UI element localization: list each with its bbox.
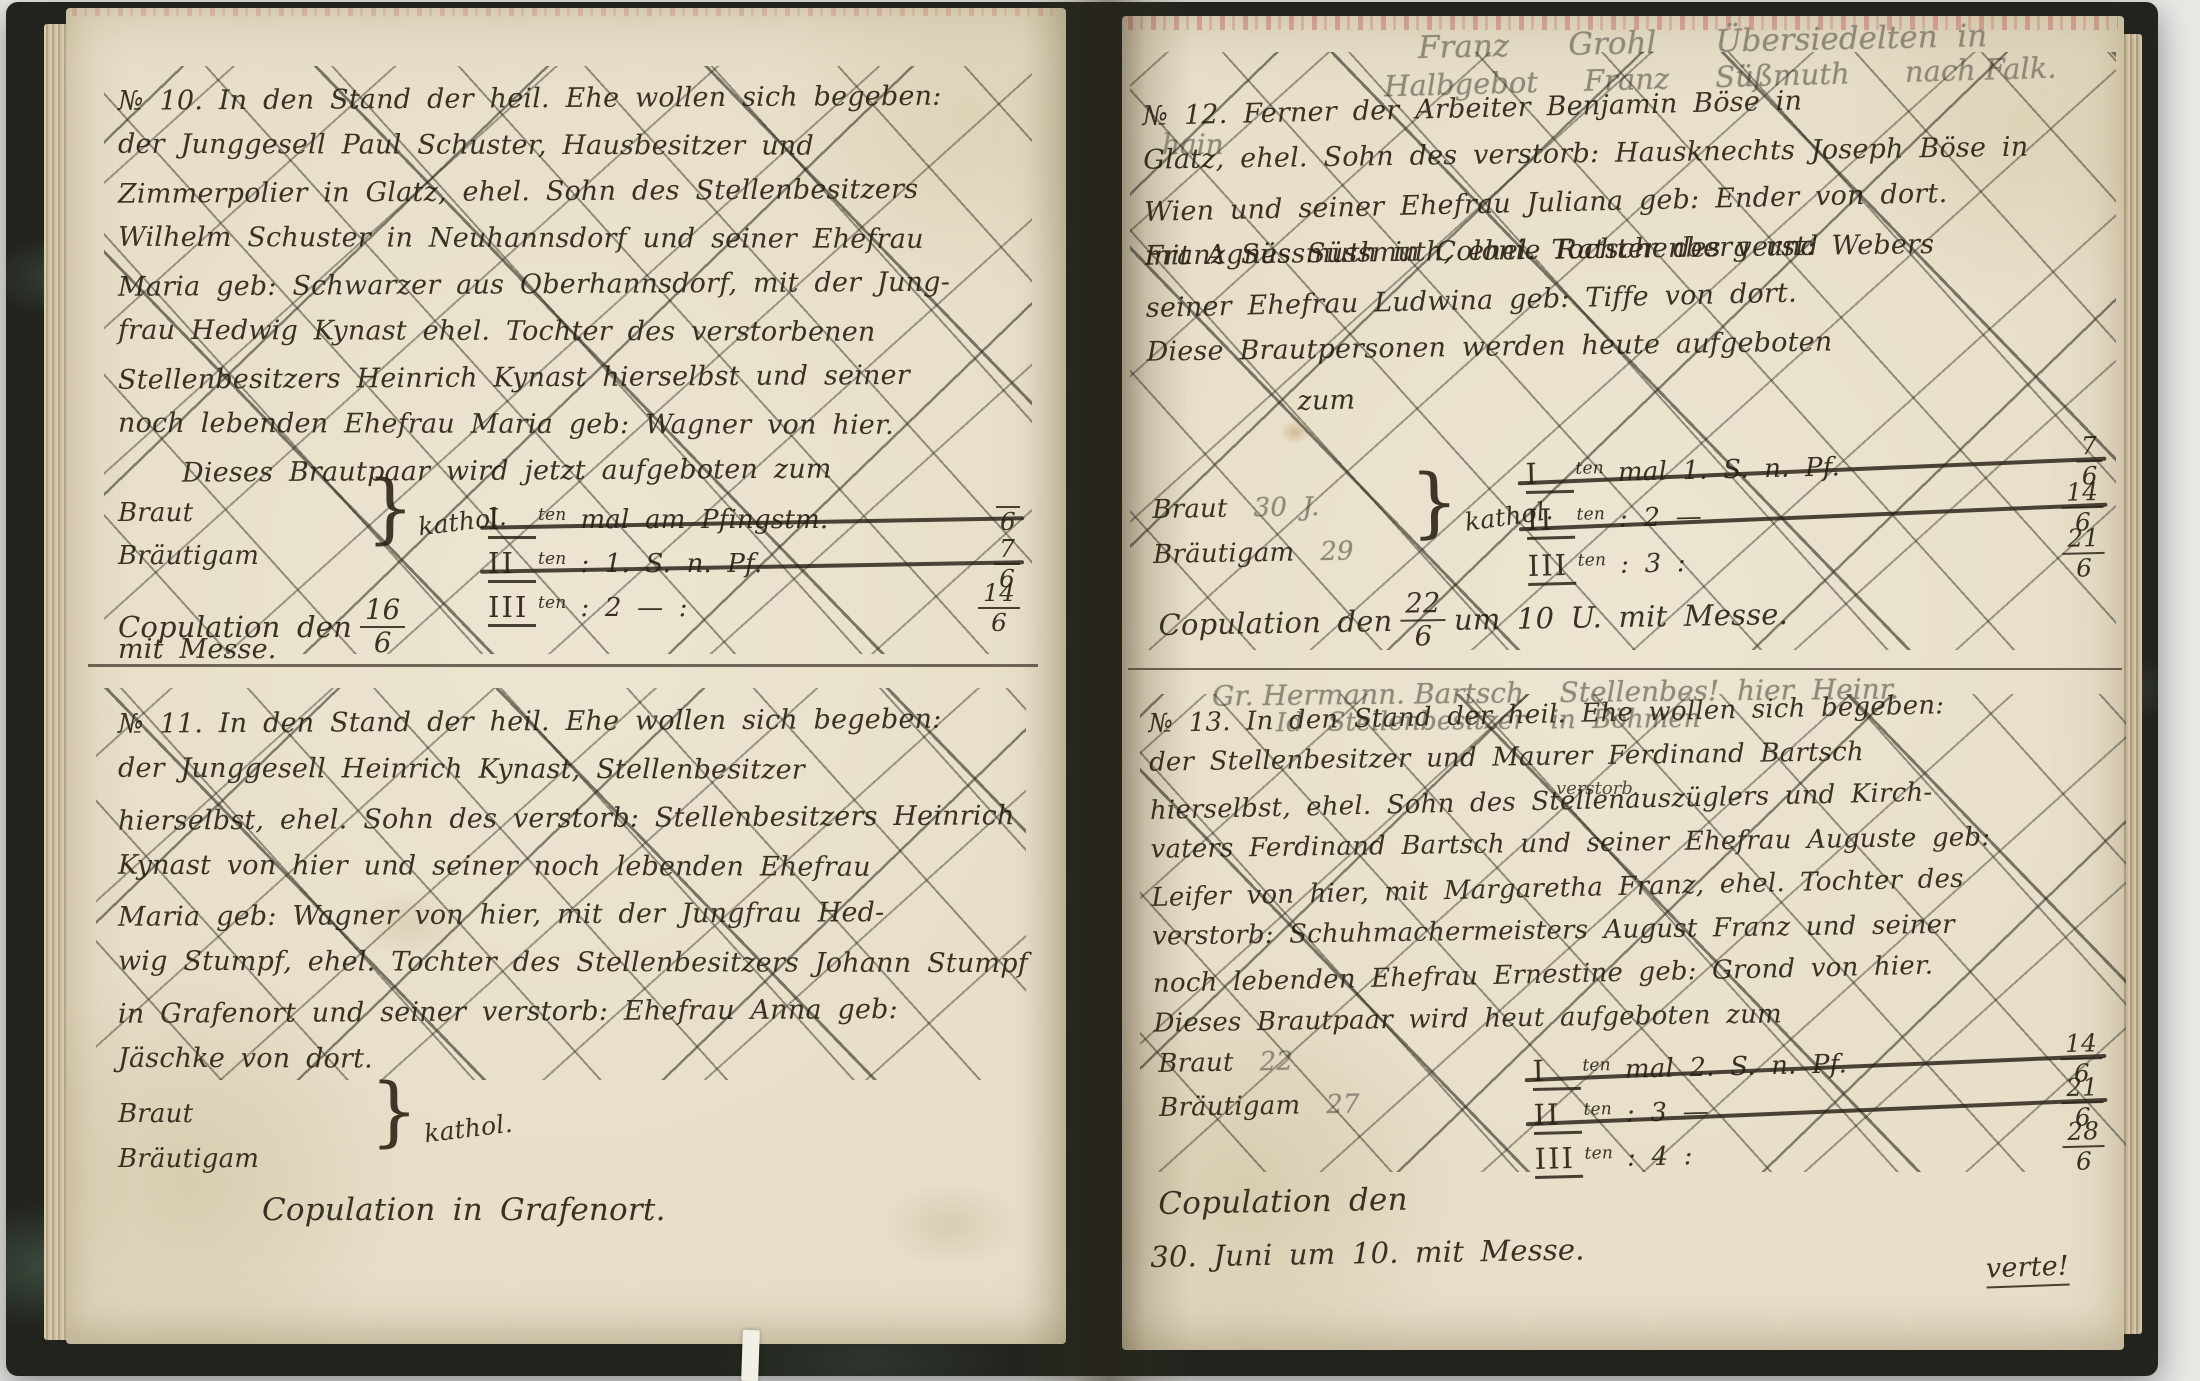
couple-brace: }	[366, 486, 415, 529]
entry-13-copulation: Copulation den	[1158, 1182, 1408, 1222]
date-fraction: 6	[996, 505, 1020, 535]
copulation-text: mit Messe.	[118, 634, 277, 665]
ordinal-suffix: ten	[1576, 504, 1605, 525]
banns-roman-numeral: II	[1526, 501, 1575, 539]
banns-row-text: : 2 — :	[580, 593, 970, 623]
groom-age-pencil: 29	[1320, 536, 1354, 567]
copulation-text: Copulation den	[1158, 1182, 1408, 1222]
fraction-month: 6	[1414, 621, 1432, 651]
manuscript-line: Jäschke von dort.	[118, 1035, 1030, 1086]
date-fraction: 286	[2062, 1118, 2105, 1175]
date-fraction: 226	[1400, 589, 1447, 652]
banns-roman-numeral: III	[488, 590, 536, 627]
banns-row-2: IIten : 1. S. n. Pf. 76	[488, 542, 1028, 586]
entry-10-copulation-line2: mit Messe.	[118, 634, 277, 665]
fraction-day: 14	[2060, 1030, 2103, 1060]
manuscript-line: № 11. In den Stand der heil. Ehe wollen …	[118, 695, 1030, 749]
ordinal-suffix: ten	[1575, 458, 1604, 479]
groom-age-pencil: 27	[1326, 1089, 1360, 1120]
fraction-day: 14	[978, 580, 1020, 609]
fraction-month: 6	[991, 609, 1007, 636]
entry-11-couple-block: Braut Bräutigam } kathol.	[118, 1092, 538, 1182]
entry-10-text: № 10. In den Stand der heil. Ehe wollen …	[118, 76, 1026, 495]
bookmark-thread	[741, 1330, 760, 1381]
banns-row-text: : 1. S. n. Pf.	[580, 549, 986, 579]
banns-roman-numeral: II	[488, 546, 536, 583]
banns-row-text: : 3 —	[1626, 1088, 2054, 1128]
banns-row-text: : 2 —	[1619, 493, 2054, 534]
fraction-month: 6	[1000, 508, 1016, 535]
manuscript-line: in Grafenort und seiner verstorb: Ehefra…	[118, 985, 1030, 1039]
manuscript-line: Wilhelm Schuster in Neuhannsdorf und sei…	[118, 214, 1026, 263]
entry-divider-right-page	[1128, 668, 2122, 670]
manuscript-line: frau Hedwig Kynast ehel. Tochter des ver…	[118, 307, 1026, 356]
fraction-day: 28	[2062, 1118, 2105, 1148]
fraction-day: 21	[2062, 525, 2105, 555]
manuscript-line: wig Stumpf, ehel. Tochter des Stellenbes…	[118, 938, 1030, 989]
banns-roman-numeral: I	[1525, 455, 1574, 493]
fraction-day: 14	[2061, 479, 2104, 509]
entry-13-banns-table: Iten mal 2. S. n. Pf. 146 IIten : 3 — 21…	[1532, 1036, 2113, 1182]
copulation-text: Copulation den	[1158, 604, 1393, 642]
banns-roman-numeral: II	[1533, 1096, 1582, 1134]
fraction-day: 7	[994, 536, 1020, 565]
banns-roman-numeral: III	[1534, 1140, 1583, 1178]
entry-10-banns-table: Iten mal am Pfingstm. 6 IIten : 1. S. n.…	[488, 498, 1028, 630]
entry-12-banns-table: Iten mal 1. S. n. Pf. 76 IIten : 2 — 146…	[1525, 438, 2113, 590]
manuscript-line: Maria geb: Schwarzer aus Oberhannsdorf, …	[118, 259, 1026, 311]
fraction-month: 6	[374, 628, 392, 658]
entry-13-text: № 13. In den Stand der heil. Ehe wollen …	[1148, 683, 2142, 1047]
banns-row-1: Iten mal am Pfingstm. 6	[488, 498, 1028, 542]
manuscript-line: Zimmerpolier in Glatz, ehel. Sohn des St…	[118, 166, 1026, 218]
copulation-text: Copulation in Grafenort.	[262, 1192, 666, 1228]
ordinal-suffix: ten	[1583, 1099, 1612, 1120]
couple-brace: }	[370, 1088, 419, 1133]
entry-11-copulation: Copulation in Grafenort.	[262, 1192, 666, 1228]
banns-row-text: mal 1. S. n. Pf.	[1618, 447, 2069, 488]
ordinal-suffix: ten	[538, 593, 566, 613]
ordinal-suffix: ten	[1584, 1143, 1613, 1164]
photographed-register-spread: № 10. In den Stand der heil. Ehe wollen …	[0, 0, 2200, 1381]
manuscript-line: Maria geb: Wagner von hier, mit der Jung…	[118, 888, 1030, 942]
banns-row-text: mal 2. S. n. Pf.	[1625, 1044, 2053, 1084]
banns-roman-numeral: I	[1532, 1052, 1581, 1090]
ordinal-suffix: ten	[538, 505, 566, 525]
interlinear-insertion: verstorb.	[1556, 778, 1639, 799]
banns-row-text: mal am Pfingstm.	[580, 505, 988, 535]
manuscript-line: der Junggesell Paul Schuster, Hausbesitz…	[118, 121, 1026, 170]
date-fraction: 216	[2062, 525, 2105, 582]
manuscript-line: Dieses Brautpaar wird jetzt aufgeboten z…	[182, 445, 1026, 497]
ordinal-suffix: ten	[1577, 550, 1606, 571]
entry-12-copulation: Copulation den 226 um 10 U. mit Messe.	[1158, 583, 1789, 656]
bride-age: 30 J.	[1253, 492, 1320, 523]
entry-10-couple-block: Braut Bräutigam } kathol.	[118, 492, 538, 578]
manuscript-line: Kynast von hier und seiner noch lebenden…	[118, 842, 1030, 893]
ordinal-suffix: ten	[538, 549, 566, 569]
fraction-day: 7	[2076, 433, 2103, 463]
fraction-day: 16	[360, 596, 405, 628]
manuscript-line: hierselbst, ehel. Sohn des verstorb: Ste…	[118, 792, 1030, 846]
manuscript-line: noch lebenden Ehefrau Maria geb: Wagner …	[118, 400, 1026, 449]
date-fraction: 166	[360, 596, 405, 658]
fraction-month: 6	[2076, 554, 2093, 581]
entry-12-text: № 12. Ferner der Arbeiter Benjamin Böse …	[1142, 73, 2116, 426]
copulation-text: um 10 U. mit Messe.	[1454, 597, 1789, 637]
banns-roman-numeral: III	[1527, 547, 1576, 585]
manuscript-line: der Junggesell Heinrich Kynast, Stellenb…	[118, 745, 1030, 796]
ordinal-suffix: ten	[1582, 1055, 1611, 1076]
date-fraction: 146	[978, 580, 1020, 636]
fraction-month: 6	[2076, 1147, 2093, 1174]
bride-age-pencil: 22	[1259, 1047, 1293, 1078]
fraction-day: 21	[2061, 1074, 2104, 1104]
banns-row-text: : 3 :	[1620, 539, 2055, 580]
banns-row-text: : 4 :	[1627, 1132, 2055, 1172]
manuscript-line: № 10. In den Stand der heil. Ehe wollen …	[118, 73, 1026, 125]
banns-roman-numeral: I	[488, 502, 536, 539]
entry-11-text: № 11. In den Stand der heil. Ehe wollen …	[118, 698, 1030, 1084]
banns-row-3: IIIten : 2 — : 146	[488, 586, 1028, 630]
verte-note: verte!	[1985, 1251, 2069, 1289]
manuscript-line: Stellenbesitzers Heinrich Kynast hiersel…	[118, 352, 1026, 404]
red-speckled-edge-left	[72, 8, 1057, 16]
fraction-day: 22	[1400, 589, 1446, 622]
couple-brace: }	[1410, 479, 1459, 525]
